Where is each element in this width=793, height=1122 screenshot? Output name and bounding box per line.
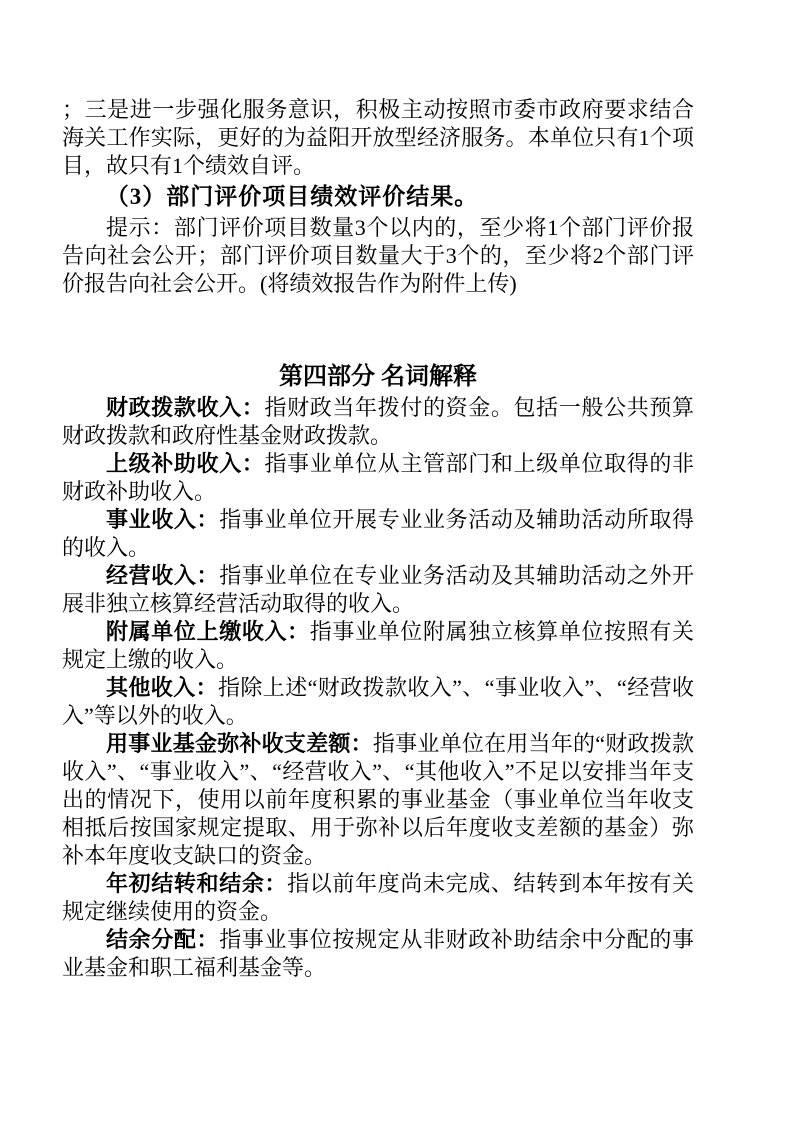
document-page: ；三是进一步强化服务意识，积极主动按照市委市政府要求结合海关工作实际，更好的为益… <box>0 0 793 1122</box>
definition-paragraph: 年初结转和结余：指以前年度尚未完成、结转到本年按有关规定继续使用的资金。 <box>62 870 694 926</box>
document-content: ；三是进一步强化服务意识，积极主动按照市委市政府要求结合海关工作实际，更好的为益… <box>62 96 694 982</box>
definition-paragraph: 经营收入：指事业单位在专业业务活动及其辅助活动之外开展非独立核算经营活动取得的收… <box>62 562 694 618</box>
subheading-performance-evaluation-result: （3）部门评价项目绩效评价结果。 <box>62 180 694 214</box>
continuation-paragraph: ；三是进一步强化服务意识，积极主动按照市委市政府要求结合海关工作实际，更好的为益… <box>62 96 694 180</box>
definition-term: 财政拨款收入： <box>106 395 264 420</box>
definition-paragraph: 附属单位上缴收入：指事业单位附属独立核算单位按照有关规定上缴的收入。 <box>62 618 694 674</box>
definition-paragraph: 上级补助收入：指事业单位从主管部门和上级单位取得的非财政补助收入。 <box>62 450 694 506</box>
definition-paragraph: 结余分配：指事业事位按规定从非财政补助结余中分配的事业基金和职工福利基金等。 <box>62 926 694 982</box>
definition-term: 附属单位上缴收入： <box>106 619 310 644</box>
definition-paragraph: 其他收入：指除上述“财政拨款收入”、“事业收入”、“经营收入”等以外的收入。 <box>62 674 694 730</box>
definition-term: 年初结转和结余： <box>106 871 287 896</box>
definition-paragraph: 用事业基金弥补收支差额：指事业单位在用当年的“财政拨款收入”、“事业收入”、“经… <box>62 730 694 870</box>
section-title-part4-glossary: 第四部分 名词解释 <box>62 360 694 394</box>
definition-term: 上级补助收入： <box>106 451 264 476</box>
definition-paragraph: 财政拨款收入：指财政当年拨付的资金。包括一般公共预算财政拨款和政府性基金财政拨款… <box>62 394 694 450</box>
definition-term: 其他收入： <box>106 675 218 700</box>
definition-term: 用事业基金弥补收支差额： <box>106 731 373 756</box>
definition-term: 经营收入： <box>106 563 219 588</box>
definition-term: 事业收入： <box>106 507 219 532</box>
note-paragraph: 提示：部门评价项目数量3个以内的，至少将1个部门评价报告向社会公开；部门评价项目… <box>62 214 694 298</box>
definition-paragraph: 事业收入：指事业单位开展专业业务活动及辅助活动所取得的收入。 <box>62 506 694 562</box>
definition-term: 结余分配： <box>106 927 219 952</box>
